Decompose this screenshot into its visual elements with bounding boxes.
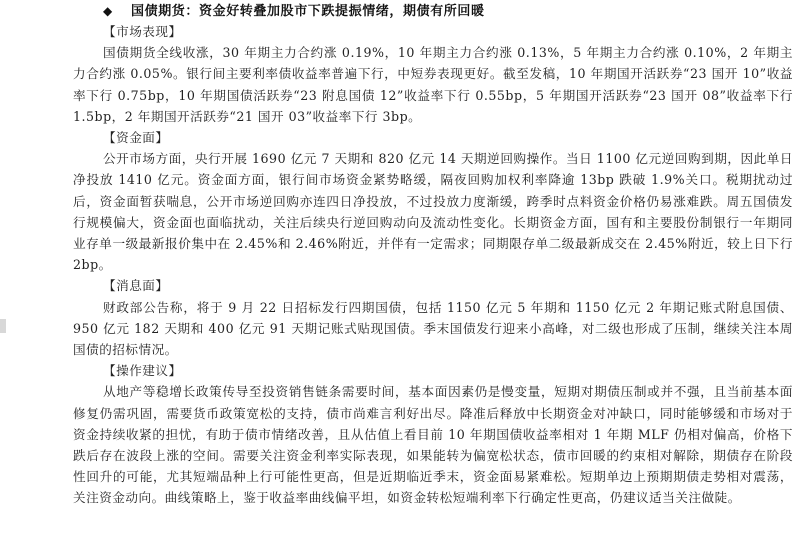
section-title: 【资金面】 bbox=[73, 127, 793, 148]
diamond-bullet-icon: ◆ bbox=[103, 2, 131, 20]
section-operation-advice: 【操作建议】 从地产等稳增长政策传导至投资销售链条需要时间，基本面因素仍是慢变量… bbox=[73, 360, 793, 508]
document-body: 【市场表现】 国债期货全线收涨，30 年期主力合约涨 0.19%，10 年期主力… bbox=[73, 21, 793, 509]
section-market-performance: 【市场表现】 国债期货全线收涨，30 年期主力合约涨 0.19%，10 年期主力… bbox=[73, 21, 793, 127]
page-edge-mark bbox=[0, 319, 6, 333]
section-title: 【市场表现】 bbox=[73, 21, 793, 42]
section-paragraph: 财政部公告称，将于 9 月 22 日招标发行四期国债，包括 1150 亿元 5 … bbox=[73, 297, 793, 361]
document-page: ◆国债期货：资金好转叠加股市下跌提振情绪，期债有所回暖 【市场表现】 国债期货全… bbox=[0, 0, 804, 544]
section-heading: ◆国债期货：资金好转叠加股市下跌提振情绪，期债有所回暖 bbox=[103, 2, 485, 21]
section-title: 【操作建议】 bbox=[73, 360, 793, 381]
section-funding: 【资金面】 公开市场方面，央行开展 1690 亿元 7 天期和 820 亿元 1… bbox=[73, 127, 793, 275]
section-paragraph: 从地产等稳增长政策传导至投资销售链条需要时间，基本面因素仍是慢变量，短期对期债压… bbox=[73, 381, 793, 508]
heading-title: 国债期货：资金好转叠加股市下跌提振情绪，期债有所回暖 bbox=[131, 4, 485, 19]
section-paragraph: 公开市场方面，央行开展 1690 亿元 7 天期和 820 亿元 14 天期逆回… bbox=[73, 148, 793, 275]
section-paragraph: 国债期货全线收涨，30 年期主力合约涨 0.19%，10 年期主力合约涨 0.1… bbox=[73, 42, 793, 127]
section-title: 【消息面】 bbox=[73, 275, 793, 296]
section-news: 【消息面】 财政部公告称，将于 9 月 22 日招标发行四期国债，包括 1150… bbox=[73, 275, 793, 360]
